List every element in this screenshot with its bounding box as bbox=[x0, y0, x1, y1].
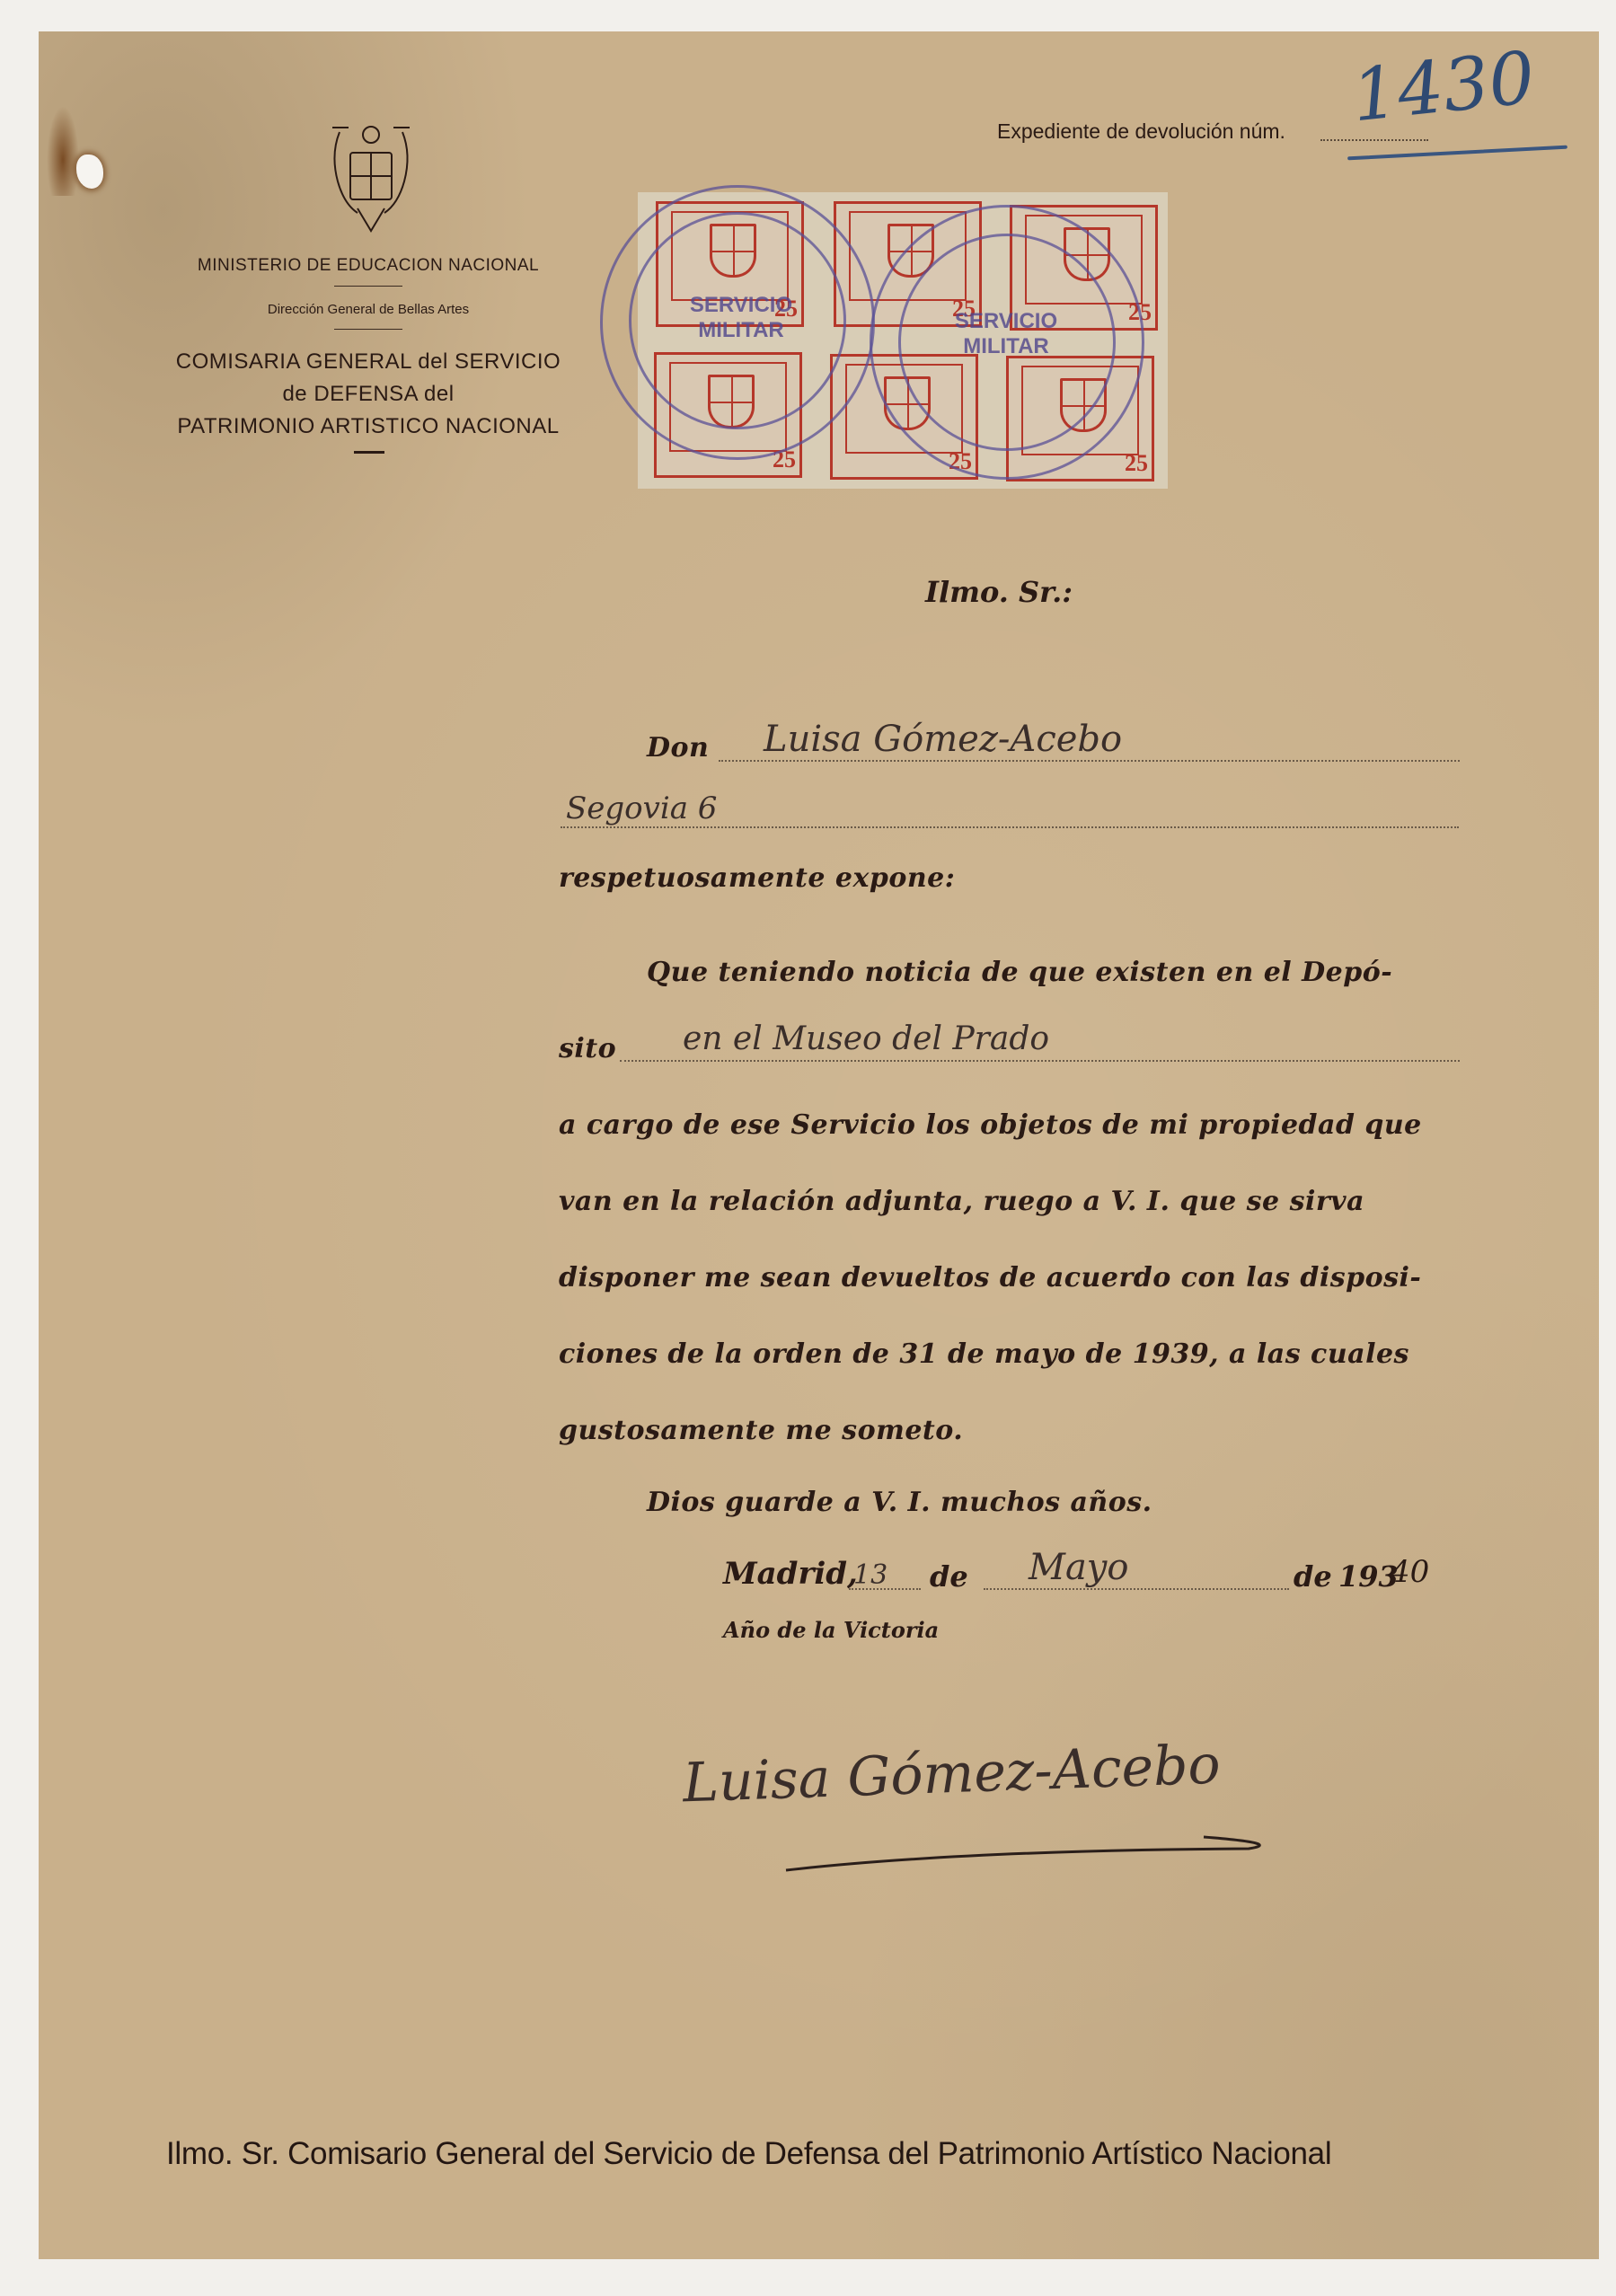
comisaria-line-1: COMISARIA GENERAL del SERVICIO bbox=[135, 346, 602, 378]
salutation: Ilmo. Sr.: bbox=[925, 575, 1073, 609]
ministry-title: MINISTERIO DE EDUCACION NACIONAL bbox=[135, 256, 602, 276]
rust-stain bbox=[47, 106, 79, 196]
sito-dotted-line bbox=[620, 1060, 1460, 1062]
day-handwritten: 13 bbox=[853, 1559, 887, 1591]
body-line-7: gustosamente me someto. bbox=[559, 1415, 963, 1446]
expediente-dotted-line bbox=[1320, 139, 1428, 141]
closing-text: Dios guarde a V. I. muchos años. bbox=[647, 1487, 1152, 1518]
divider bbox=[334, 329, 402, 330]
year-note: Año de la Victoria bbox=[723, 1617, 939, 1643]
body-line-6: ciones de la orden de 31 de mayo de 1939… bbox=[559, 1338, 1409, 1370]
body-line-5: disponer me sean devueltos de acuerdo co… bbox=[559, 1262, 1421, 1294]
postmark-text: SERVICIOMILITAR bbox=[943, 309, 1069, 359]
comisaria-line-2: de DEFENSA del bbox=[135, 378, 602, 411]
sito-label: sito bbox=[559, 1033, 616, 1064]
signature-flourish bbox=[782, 1832, 1285, 1877]
de-label: de bbox=[1294, 1559, 1332, 1594]
expone-text: respetuosamente expone: bbox=[559, 862, 955, 894]
month-dotted-line bbox=[984, 1588, 1289, 1590]
deposit-location-handwritten: en el Museo del Prado bbox=[683, 1020, 1049, 1057]
comisaria-title: COMISARIA GENERAL del SERVICIO de DEFENS… bbox=[135, 346, 602, 443]
body-line-3: a cargo de ese Servicio los objetos de m… bbox=[559, 1109, 1422, 1141]
addressee-footer: Ilmo. Sr. Comisario General del Servicio… bbox=[166, 2136, 1331, 2172]
year-handwritten: 40 bbox=[1391, 1554, 1429, 1590]
body-line-4: van en la relación adjunta, ruego a V. I… bbox=[559, 1186, 1364, 1217]
don-dotted-line bbox=[719, 760, 1460, 762]
don-label: Don bbox=[647, 732, 709, 764]
month-handwritten: Mayo bbox=[1029, 1547, 1128, 1588]
de-label: de bbox=[930, 1559, 968, 1594]
don-name-handwritten: Luisa Gómez-Acebo bbox=[764, 719, 1122, 760]
postmark-text: SERVICIOMILITAR bbox=[683, 293, 799, 343]
address-handwritten: Segovia 6 bbox=[566, 790, 717, 826]
body-line-1: Que teniendo noticia de que existen en e… bbox=[647, 957, 1392, 988]
expediente-label: Expediente de devolución núm. bbox=[997, 119, 1285, 144]
coat-of-arms-icon bbox=[322, 119, 420, 235]
comisaria-line-3: PATRIMONIO ARTISTICO NACIONAL bbox=[135, 411, 602, 443]
divider bbox=[354, 451, 384, 454]
divider bbox=[334, 286, 402, 287]
place-label: Madrid, bbox=[723, 1556, 858, 1592]
year-printed: 193 bbox=[1338, 1559, 1399, 1594]
direccion-title: Dirección General de Bellas Artes bbox=[135, 302, 602, 317]
address-dotted-line bbox=[561, 826, 1459, 828]
revenue-stamps-block: 25 25 25 25 25 25 SERVICIOMILITAR SERVIC… bbox=[638, 192, 1168, 489]
